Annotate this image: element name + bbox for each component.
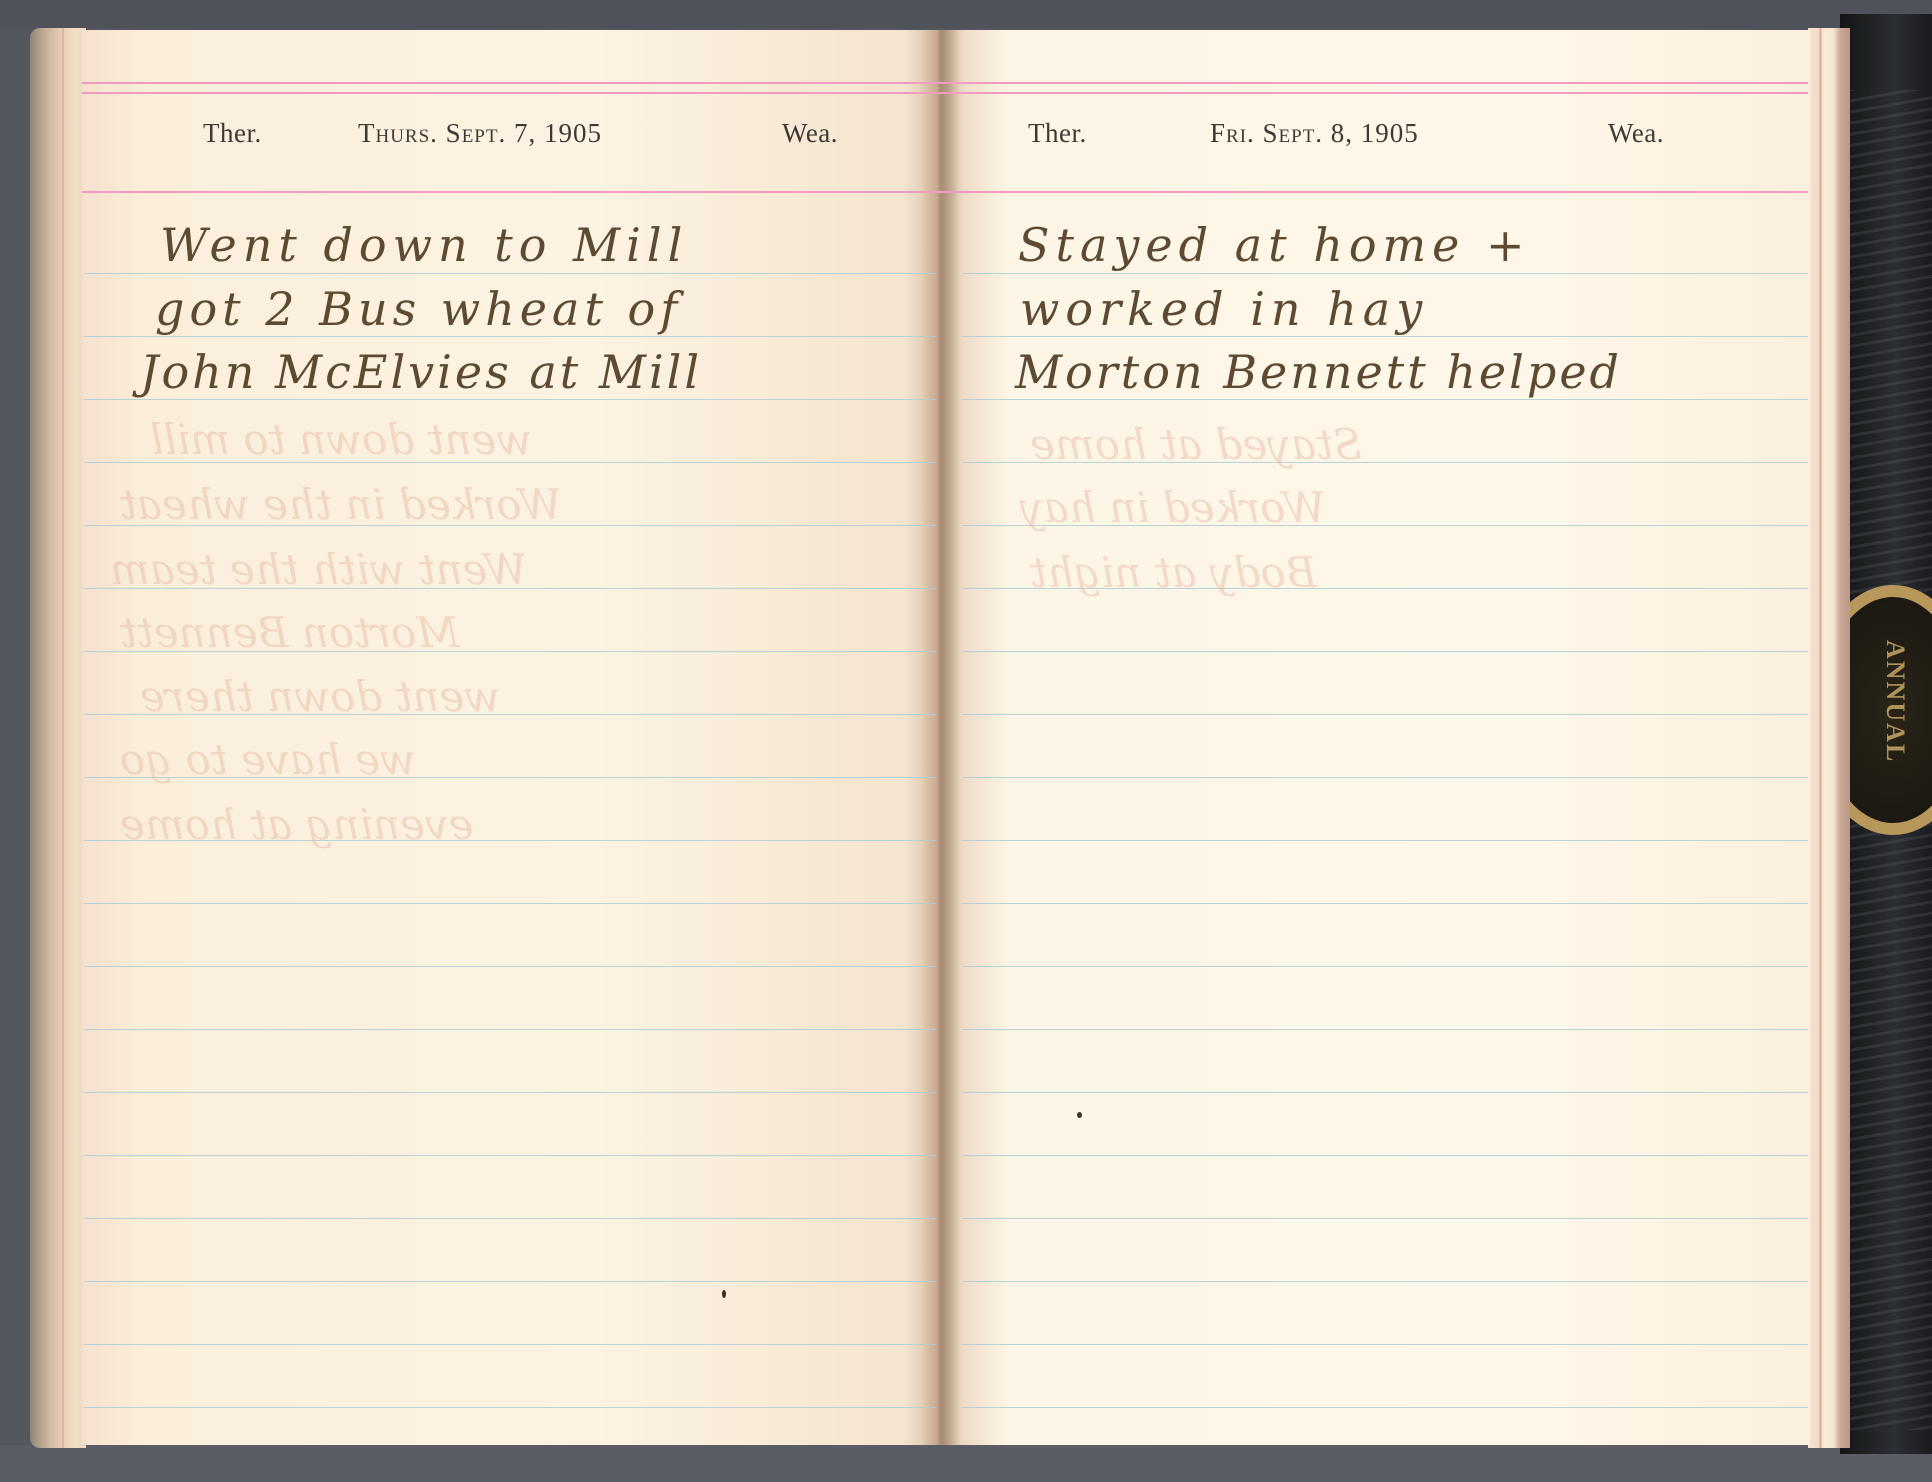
scan-background-bottom [0,1445,1932,1482]
left-page-edges [30,28,86,1448]
entry-line: got 2 Bus wheat of [155,282,682,336]
wea-label: Wea. [1608,118,1664,149]
ther-label: Ther. [203,118,262,149]
pink-rule-header-bottom [82,191,1808,193]
pink-rule-top-2 [82,92,1808,94]
ink-spot [722,1290,726,1298]
scan-background-top [0,0,1932,28]
entry-line: Morton Bennett helped [1015,345,1622,399]
left-page-edge-line [62,28,64,1448]
entry-line: Went down to Mill [160,218,688,272]
wea-label: Wea. [782,118,838,149]
pink-rule-top-1 [82,82,1808,84]
right-page-edges [1808,28,1850,1448]
entry-line: Stayed at home + [1018,218,1531,272]
ink-spot [1077,1112,1082,1118]
entry-line: John McElvies at Mill [140,345,702,399]
date-heading: Fri. Sept. 8, 1905 [1210,118,1419,149]
ther-label: Ther. [1028,118,1087,149]
clasp-text: ANNUAL [1850,640,1910,780]
book-gutter [920,30,960,1445]
date-heading: Thurs. Sept. 7, 1905 [358,118,602,149]
entry-line: worked in hay [1020,282,1428,336]
